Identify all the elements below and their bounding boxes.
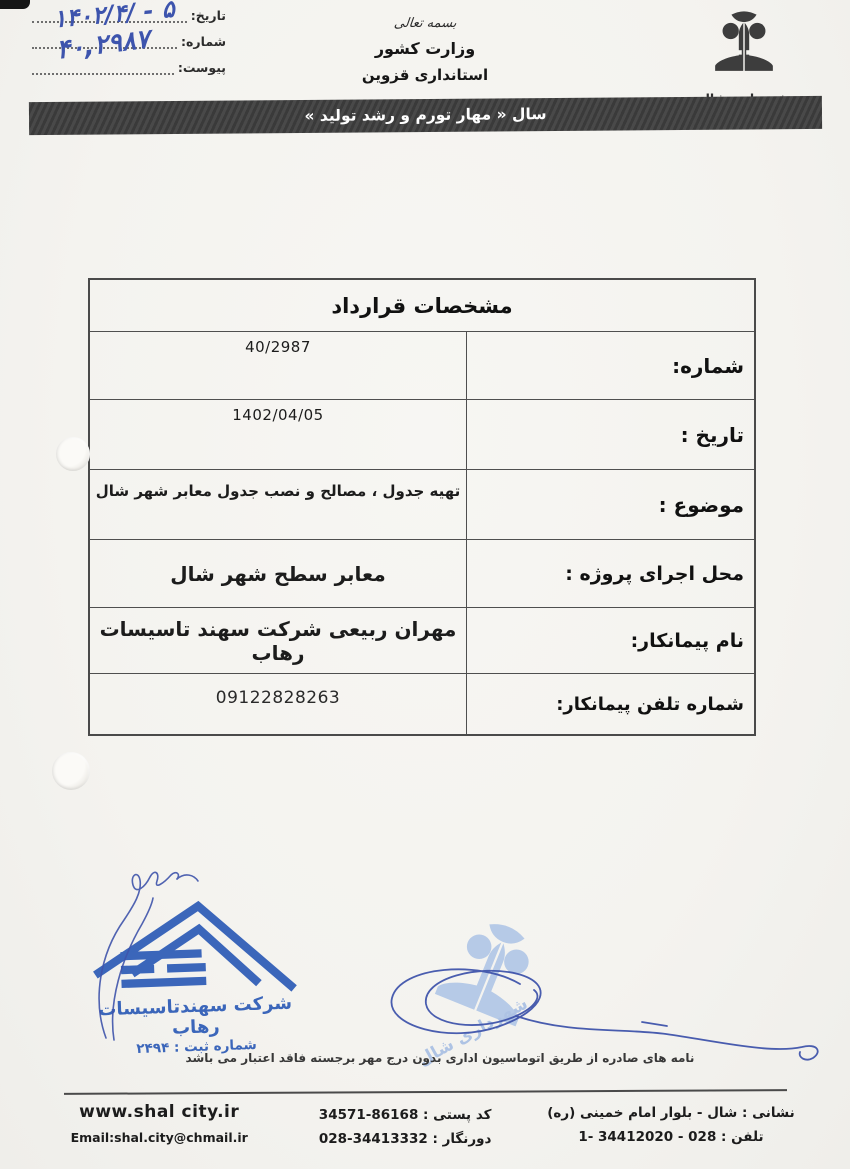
letterhead-center: بسمه تعالی وزارت کشور استانداری قزوین (300, 12, 550, 84)
row-number-label: شماره: (466, 332, 754, 399)
row-subject-value: تهیه جدول ، مصالح و نصب جدول معابر شهر ش… (90, 470, 466, 539)
attachment-label: پیوست: (178, 60, 226, 75)
footer-web-column: www.shal city.ir Email:shal.city@chmail.… (30, 1102, 288, 1147)
bismillah-text: بسمه تعالی (393, 16, 457, 31)
row-phone-label: شماره تلفن پیمانکار: (466, 674, 754, 734)
row-date-label: تاریخ : (466, 400, 754, 469)
punch-hole (56, 437, 90, 471)
phone-label: تلفن : (721, 1129, 764, 1145)
table-row: شماره تلفن پیمانکار: 09122828263 (90, 674, 754, 734)
row-subject-label: موضوع : (466, 470, 754, 539)
row-date-value: 1402/04/05 (232, 406, 323, 424)
address-value: شال - بلوار امام خمینی (ره) (547, 1105, 737, 1121)
website-url: www.shal city.ir (79, 1102, 239, 1122)
row-location-value: معابر سطح شهر شال (90, 540, 466, 607)
row-contractor-label: نام پیمانکار: (466, 608, 754, 673)
reference-fields: تاریخ: شماره: پیوست: ۱۴۰۲/۴/ - ۵ ۴۰,۲۹۸۷ (30, 8, 226, 86)
ministry-title: وزارت کشور (300, 39, 550, 58)
table-row: شماره: 40/2987 (90, 332, 754, 400)
table-row: موضوع : تهیه جدول ، مصالح و نصب جدول معا… (90, 470, 754, 540)
row-phone-value: 09122828263 (216, 688, 340, 708)
table-row: نام پیمانکار: مهران ربیعی شرکت سهند تاسی… (90, 608, 754, 674)
automation-disclaimer: نامه های صادره از طریق اتوماسیون اداری ب… (170, 1051, 710, 1065)
postal-value: 34571-86168 (319, 1107, 419, 1123)
address-line: نشانی : شال - بلوار امام خمینی (ره) (547, 1105, 795, 1121)
table-row: تاریخ : 1402/04/05 (90, 400, 754, 470)
year-slogan-banner: سال « مهار تورم و رشد تولید » (29, 96, 822, 135)
footer-postal-column: کد پستی : 34571-86168 دورنگار : 028-3441… (288, 1102, 522, 1147)
fax-label: دورنگار : (432, 1131, 491, 1147)
postal-label: کد پستی : (423, 1107, 491, 1123)
footer-divider (64, 1089, 787, 1095)
footer: نشانی : شال - بلوار امام خمینی (ره) تلفن… (30, 1102, 820, 1147)
scanned-letter-page: تاریخ: شماره: پیوست: ۱۴۰۲/۴/ - ۵ ۴۰,۲۹۸۷… (0, 0, 850, 1169)
punch-hole (52, 752, 90, 790)
table-row: محل اجرای پروژه : معابر سطح شهر شال (90, 540, 754, 608)
contract-specs-table: مشخصات قرارداد شماره: 40/2987 تاریخ : 14… (88, 278, 756, 736)
row-contractor-value: مهران ربیعی شرکت سهند تاسیسات رهاب (90, 608, 466, 673)
fax-value: 028-34413332 (319, 1131, 428, 1147)
phone-value: 1- 34412020 - 028 (578, 1129, 716, 1145)
address-label: نشانی : (742, 1105, 795, 1121)
fax-line: دورنگار : 028-34413332 (319, 1131, 492, 1147)
governorate-title: استانداری قزوین (300, 66, 550, 84)
shal-municipality-logo-icon (707, 8, 781, 85)
row-number-value: 40/2987 (245, 338, 311, 356)
row-location-label: محل اجرای پروژه : (466, 540, 754, 607)
pen-signature-left (82, 850, 232, 1045)
postal-line: کد پستی : 34571-86168 (319, 1107, 492, 1123)
table-title: مشخصات قرارداد (90, 280, 754, 332)
email-address: Email:shal.city@chmail.ir (71, 1130, 248, 1145)
phone-line: تلفن : 1- 34412020 - 028 (578, 1129, 763, 1145)
municipality-logo-block: شهرداری شال (696, 8, 792, 106)
footer-address-column: نشانی : شال - بلوار امام خمینی (ره) تلفن… (522, 1102, 820, 1147)
